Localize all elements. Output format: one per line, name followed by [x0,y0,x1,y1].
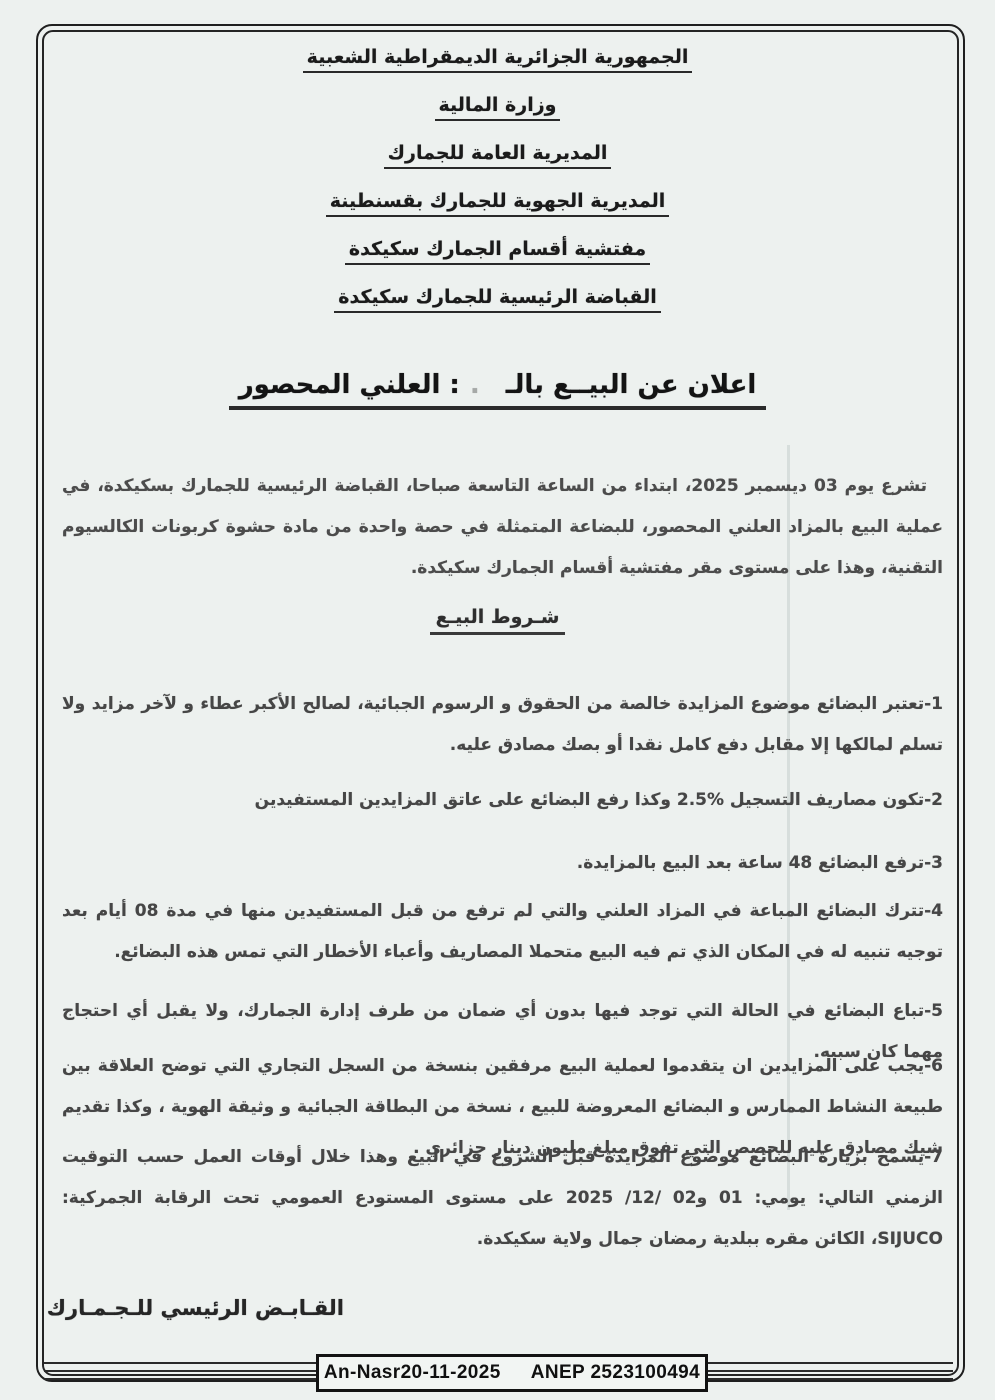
condition-item-1: 1-تعتبر البضائع موضوع المزايدة خالصة من … [62,684,943,766]
conditions-heading-wrap: شـروط البيـع [0,606,995,635]
publication-journal-date: An-Nasr20-11-2025 [324,1362,501,1384]
header-inspectorate: مفتشية أقسام الجمارك سكيكدة [345,238,650,265]
title-faded-segment: . [470,370,480,400]
publication-reference-box: An-Nasr20-11-2025 ANEP 2523100494 [316,1354,708,1392]
header-collection-office: القباضة الرئيسية للجمارك سكيكدة [334,286,660,313]
condition-item-3: 3-ترفع البضائع 48 ساعة بعد البيع بالمزاي… [62,843,943,884]
announcement-title-text: اعلان عن البيــع بالـ.: العلني المحصور [229,370,767,410]
publication-anep-ref: ANEP 2523100494 [531,1362,700,1384]
announcement-title: اعلان عن البيــع بالـ.: العلني المحصور [0,370,995,410]
intro-paragraph: تشرع يوم 03 ديسمبر 2025، ابتداء من الساع… [62,466,943,589]
signature-block: القـابـض الرئيسي للـجـمـارك [74,1296,344,1320]
title-suffix: : العلني المحصور [239,370,460,400]
scanned-document-page: الجمهورية الجزائرية الديمقراطية الشعبية … [0,0,995,1400]
letterhead: الجمهورية الجزائرية الديمقراطية الشعبية … [0,46,995,313]
title-prefix: اعلان عن البيــع بالـ [506,370,757,400]
header-general-directorate: المديرية العامة للجمارك [384,142,612,169]
condition-item-2: 2-تكون مصاريف التسجيل %2.5 وكذا رفع البض… [62,780,943,821]
header-republic: الجمهورية الجزائرية الديمقراطية الشعبية [303,46,693,73]
conditions-heading: شـروط البيـع [430,606,566,635]
header-regional-directorate: المديرية الجهوية للجمارك بقسنطينة [326,190,670,217]
condition-item-4: 4-تترك البضائع المباعة في المزاد العلني … [62,891,943,973]
condition-item-7: 7-يسمح بزيارة البضائع موضوع المزايدة قبل… [62,1137,943,1260]
header-ministry: وزارة المالية [435,94,561,121]
